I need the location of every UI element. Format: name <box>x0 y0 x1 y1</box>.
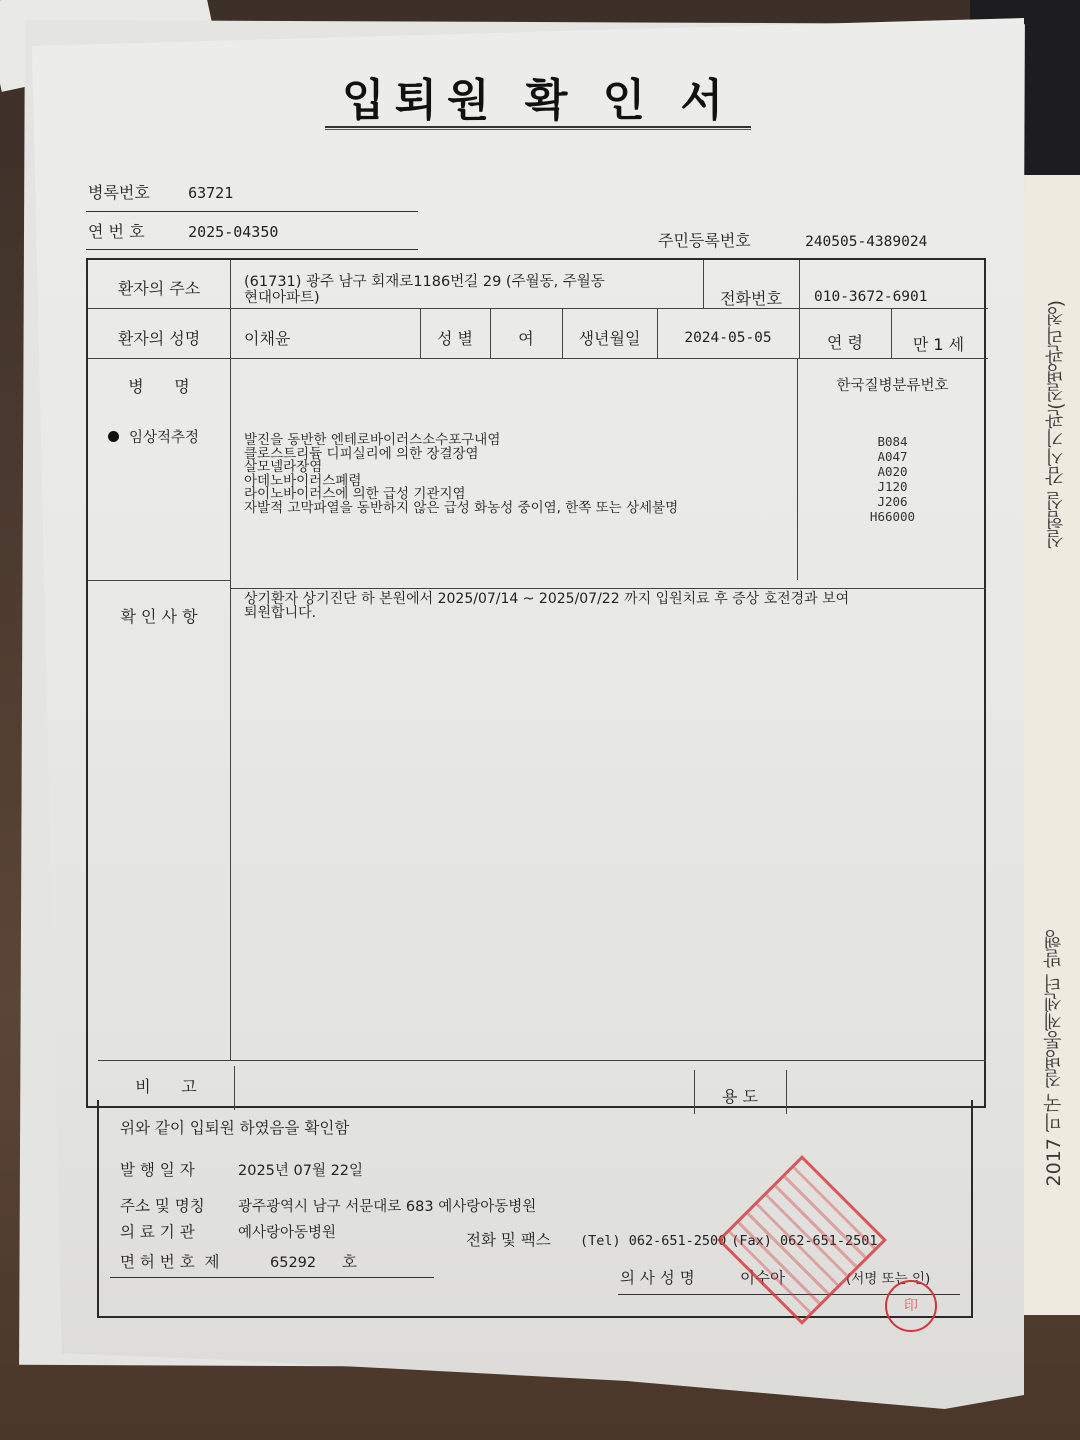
phone-label: 전화번호 <box>703 286 799 309</box>
disease-code: B084 <box>797 434 988 449</box>
disease-code: J120 <box>797 479 988 494</box>
institution-value: 예사랑아동병원 <box>238 1225 336 1241</box>
code-header: 한국질병분류번호 <box>797 374 988 395</box>
confirmation-line-1: 상기환자 상기진단 하 본원에서 2025/07/14 ~ 2025/07/22… <box>244 592 849 606</box>
disease-code: H66000 <box>797 509 988 524</box>
diagnosis-list: 발진을 동반한 엔테로바이러스소수포구내염클로스트리듐 디피실리에 의한 장결장… <box>244 434 678 515</box>
serial-number-field: 연 번 호 2025-04350 <box>88 219 278 242</box>
phone-value: 010-3672-6901 <box>814 289 928 305</box>
row-divider <box>88 308 988 309</box>
clinical-estimate-label: 임상적추정 <box>129 430 199 446</box>
serial-number-value: 2025-04350 <box>188 223 278 241</box>
institution-field: 의 료 기 관예사랑아동병원 <box>120 1220 336 1242</box>
institution-label: 의 료 기 관 <box>120 1220 238 1242</box>
bullet-icon <box>108 431 119 442</box>
disease-code: A020 <box>797 464 988 479</box>
row-divider <box>88 580 230 581</box>
license-label: 면 허 번 호 제 <box>120 1250 270 1272</box>
row-divider <box>88 358 988 359</box>
column-divider <box>230 260 231 1060</box>
row-divider <box>98 1060 986 1061</box>
book-spine-text: 실험실 감시기관(질병관리청) <box>1042 300 1069 549</box>
license-field: 면 허 번 호 제65292호 <box>120 1250 357 1272</box>
dob-label: 생년월일 <box>562 326 657 349</box>
dob-value: 2024-05-05 <box>657 330 799 346</box>
confirmation-label: 확 인 사 항 <box>88 604 230 627</box>
diagnosis-label: 병 명 <box>88 374 230 397</box>
confirmation-line-2: 퇴원합니다. <box>244 606 849 620</box>
record-number-label: 병록번호 <box>88 180 183 203</box>
contact-label: 전화 및 팩스 <box>466 1228 580 1250</box>
issue-date-value: 2025년 07월 22일 <box>238 1163 363 1179</box>
divider <box>86 249 418 250</box>
document-title: 입퇴원 확 인 서 <box>325 64 750 128</box>
record-number-value: 63721 <box>188 184 233 202</box>
patient-info-table: 환자의 주소 (61731) 광주 남구 회재로1186번길 29 (주월동, … <box>86 258 986 1108</box>
institution-address-value: 광주광역시 남구 서문대로 683 예사랑아동병원 <box>238 1199 536 1215</box>
confirmation-statement: 위와 같이 입퇴원 하였음을 확인함 <box>120 1116 349 1138</box>
resident-id-label: 주민등록번호 <box>658 228 800 251</box>
book-spine-text-2: 2017 미국 질병통제센터 발행 <box>1040 930 1067 1186</box>
license-number: 65292 <box>270 1255 342 1271</box>
address-label: 환자의 주소 <box>88 276 230 299</box>
sex-label: 성 별 <box>420 326 490 349</box>
sex-value: 여 <box>490 326 562 349</box>
confirmation-text: 상기환자 상기진단 하 본원에서 2025/07/14 ~ 2025/07/22… <box>244 592 849 620</box>
clinical-estimate: 임상적추정 <box>108 426 199 447</box>
title-underline <box>325 126 751 130</box>
diagnosis-item: 자발적 고막파열을 동반하지 않은 급성 화농성 중이염, 한쪽 또는 상세불명 <box>244 502 678 516</box>
address-line-2: 현대아파트) <box>244 290 605 306</box>
institution-address-field: 주소 및 명칭광주광역시 남구 서문대로 683 예사랑아동병원 <box>120 1194 536 1216</box>
tel-value: (Tel) 062-651-2500 <box>580 1233 726 1249</box>
doctor-label: 의 사 성 명 <box>620 1266 740 1288</box>
license-suffix: 호 <box>342 1253 357 1271</box>
divider <box>110 1277 434 1278</box>
disease-code: J206 <box>797 494 988 509</box>
address-line-1: (61731) 광주 남구 회재로1186번길 29 (주월동, 주월동 <box>244 274 605 290</box>
doctor-seal-stamp: 印 <box>885 1280 937 1332</box>
patient-name: 이채윤 <box>244 326 290 349</box>
issue-date-field: 발 행 일 자2025년 07월 22일 <box>120 1158 363 1180</box>
institution-address-label: 주소 및 명칭 <box>120 1194 238 1216</box>
divider <box>86 211 418 212</box>
serial-number-label: 연 번 호 <box>88 219 183 242</box>
age-label: 연 령 <box>799 330 891 353</box>
patient-address: (61731) 광주 남구 회재로1186번길 29 (주월동, 주월동 현대아… <box>244 274 605 306</box>
name-label: 환자의 성명 <box>88 326 230 349</box>
record-number-field: 병록번호 63721 <box>88 180 233 203</box>
row-divider <box>230 588 986 589</box>
age-value: 만 1 세 <box>891 332 986 355</box>
resident-id-value: 240505-4389024 <box>805 234 927 250</box>
remarks-label: 비 고 <box>98 1074 234 1097</box>
disease-code: A047 <box>797 449 988 464</box>
issue-date-label: 발 행 일 자 <box>120 1158 238 1180</box>
disease-code-list: B084A047A020J120J206H66000 <box>797 434 988 524</box>
resident-id-field: 주민등록번호 240505-4389024 <box>658 228 927 251</box>
